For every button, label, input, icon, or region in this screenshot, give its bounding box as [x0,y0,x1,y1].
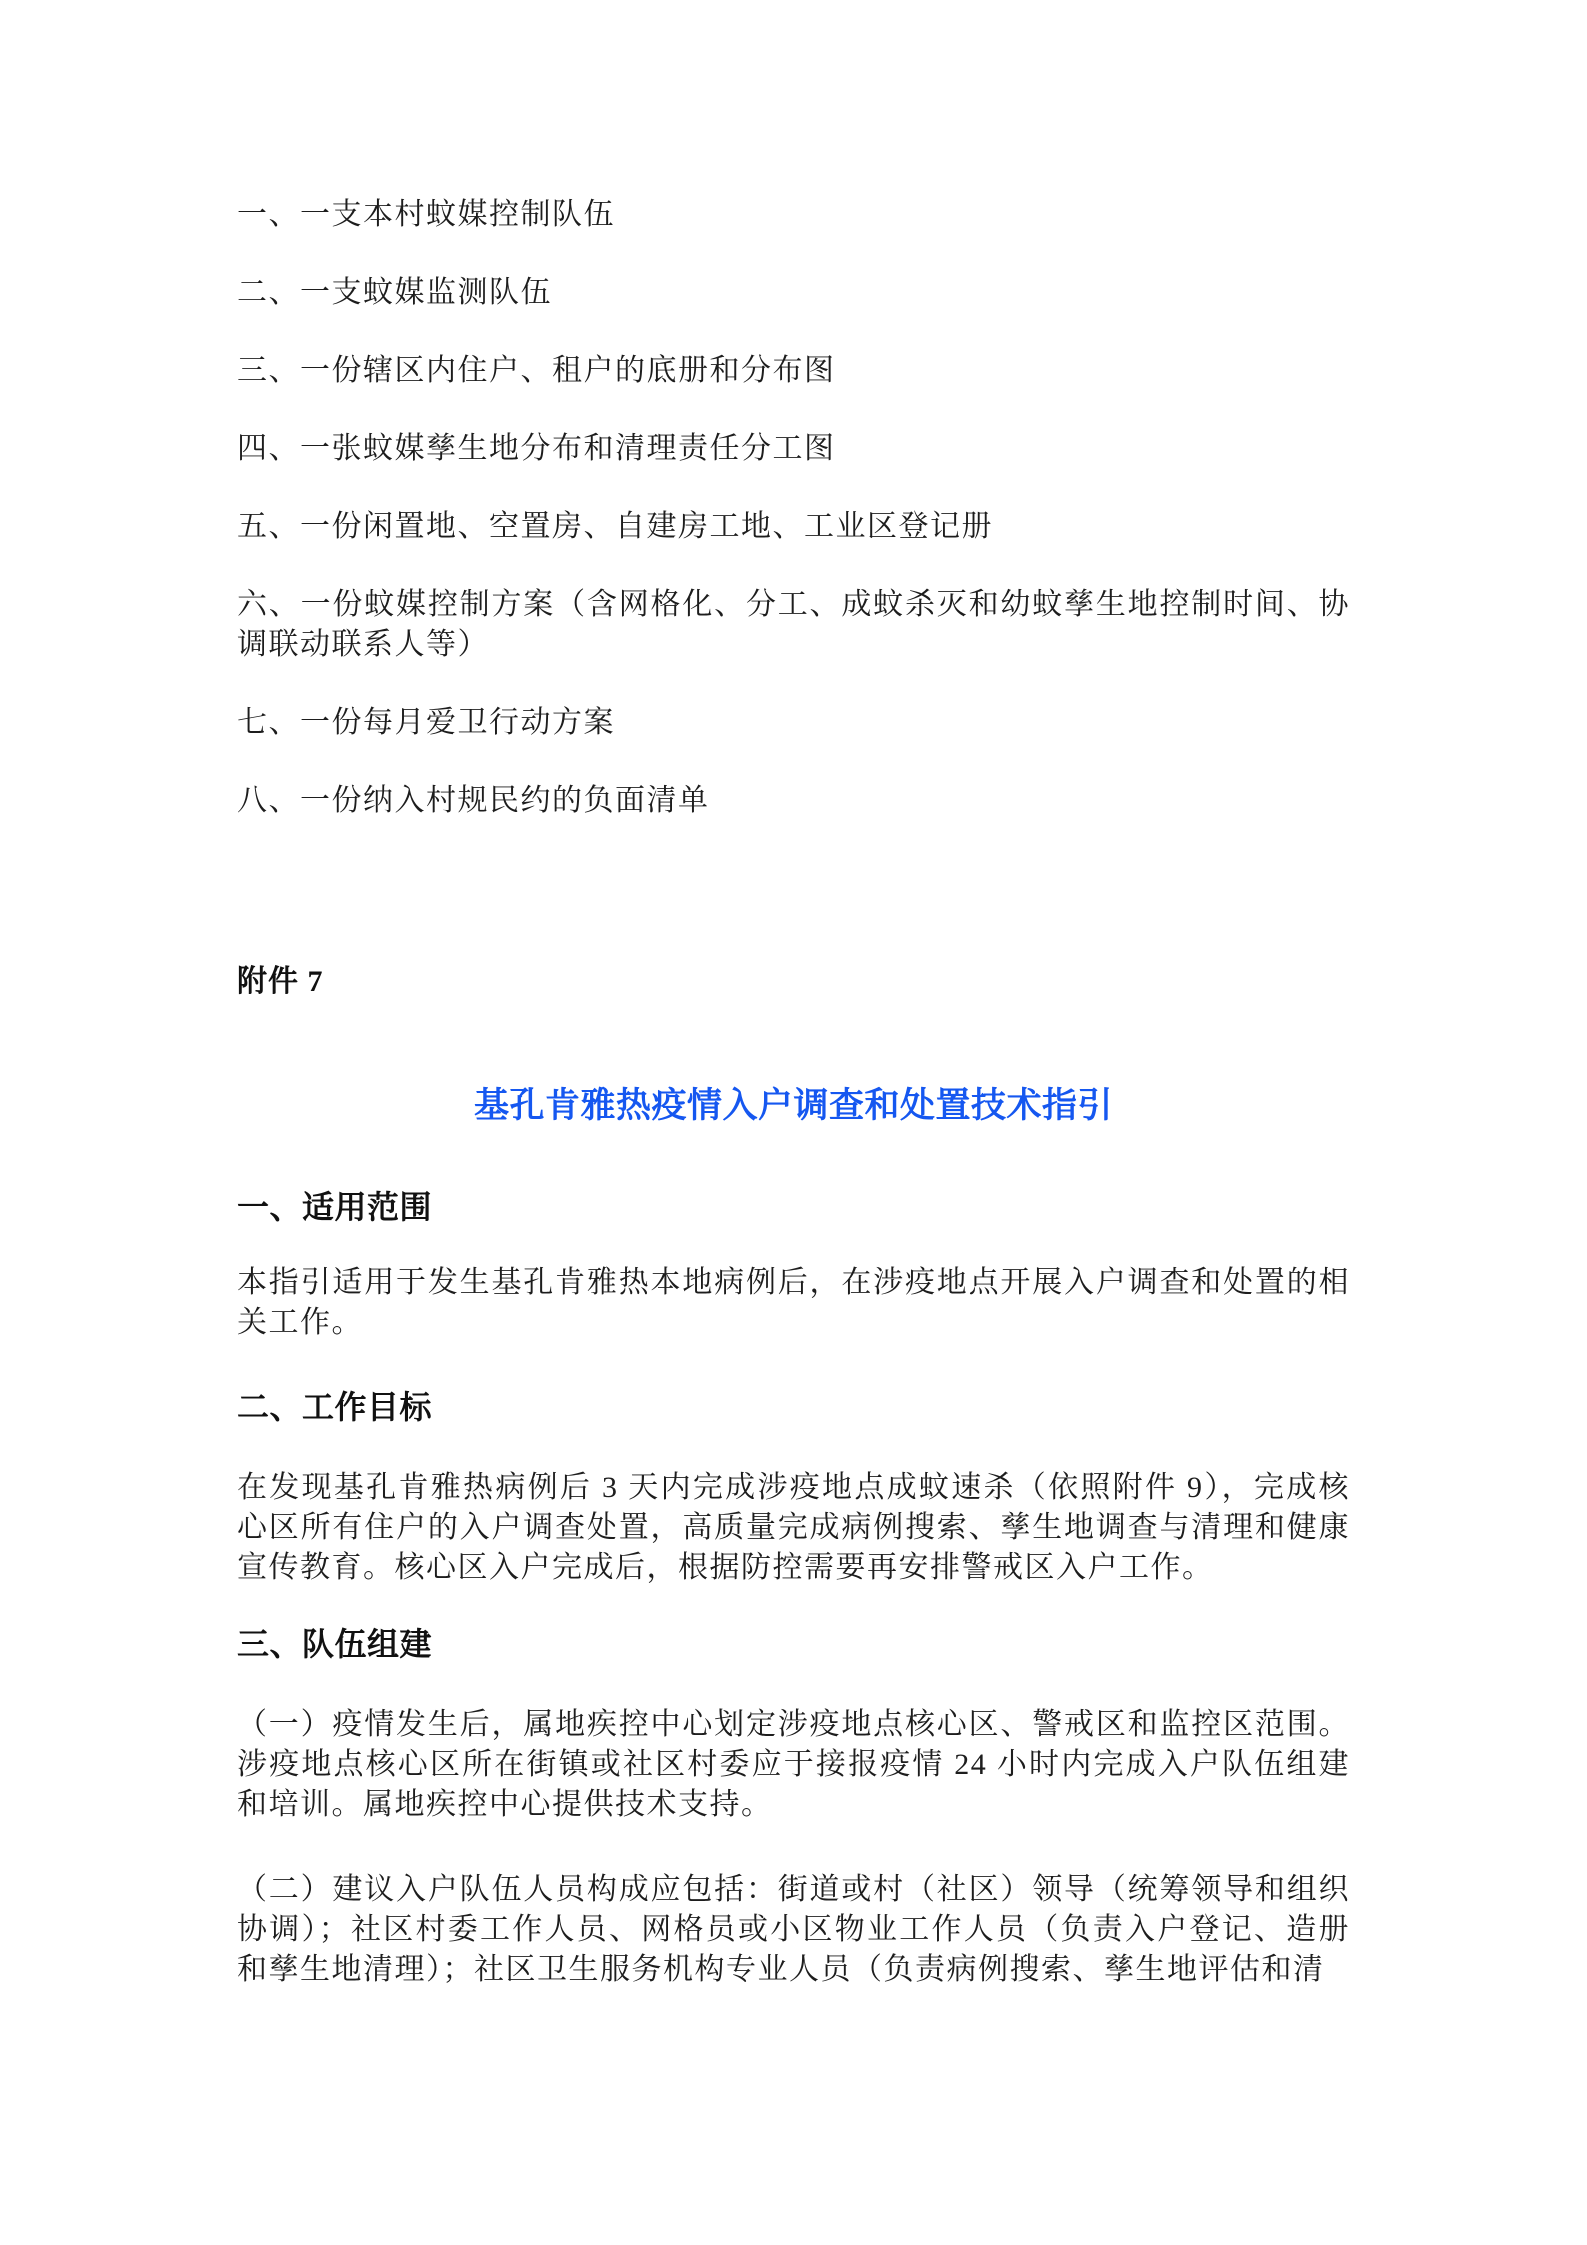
list-item: 八、一份纳入村规民约的负面清单 [237,781,1350,821]
list-item: 二、一支蚊媒监测队伍 [237,273,1350,313]
document-page: 一、一支本村蚊媒控制队伍 二、一支蚊媒监测队伍 三、一份辖区内住户、租户的底册和… [0,0,1587,2245]
section-heading-goals: 二、工作目标 [237,1387,1350,1427]
list-item: 五、一份闲置地、空置房、自建房工地、工业区登记册 [237,507,1350,547]
paragraph: （一）疫情发生后，属地疾控中心划定涉疫地点核心区、警戒区和监控区范围。涉疫地点核… [237,1705,1350,1825]
paragraph: 本指引适用于发生基孔肯雅热本地病例后，在涉疫地点开展入户调查和处置的相关工作。 [237,1263,1350,1343]
section-heading-scope: 一、适用范围 [237,1187,1350,1227]
list-item: 六、一份蚊媒控制方案（含网格化、分工、成蚊杀灭和幼蚊孳生地控制时间、协调联动联系… [237,585,1350,665]
section-heading-team: 三、队伍组建 [237,1624,1350,1664]
list-item: 一、一支本村蚊媒控制队伍 [237,195,1350,235]
list-item: 三、一份辖区内住户、租户的底册和分布图 [237,351,1350,391]
attachment-label: 附件 7 [237,962,1350,1002]
list-item: 四、一张蚊媒孳生地分布和清理责任分工图 [237,429,1350,469]
doc-title: 基孔肯雅热疫情入户调查和处置技术指引 [237,1083,1350,1129]
paragraph: （二）建议入户队伍人员构成应包括：街道或村（社区）领导（统筹领导和组织协调）；社… [237,1870,1350,1990]
list-item: 七、一份每月爱卫行动方案 [237,703,1350,743]
document-content: 一、一支本村蚊媒控制队伍 二、一支蚊媒监测队伍 三、一份辖区内住户、租户的底册和… [0,0,1587,1990]
paragraph: 在发现基孔肯雅热病例后 3 天内完成涉疫地点成蚊速杀（依照附件 9），完成核心区… [237,1468,1350,1588]
